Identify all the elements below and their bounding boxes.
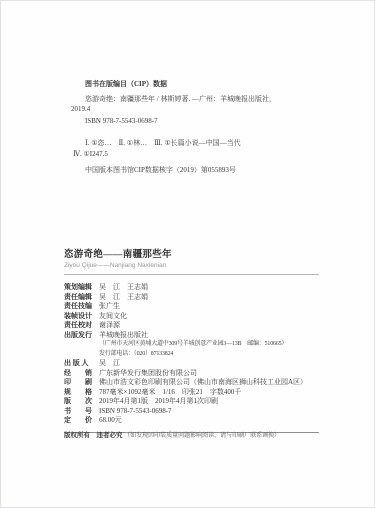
colophon-table: 策划编辑 吴 江 王志娟 责任编辑 吴 江 王志娟 责任技编 张广生 装帧设计 … [64,283,322,426]
colophon-row: 出版发行 羊城晚报出版社 [64,331,322,341]
copyright-notice-line: 版权所有 违者必究 （如发现因印装质量问题影响阅读，请与印刷厂联系调换） [64,430,364,439]
cip-record-number: 中国版本图书馆CIP数据核字（2019）第055893号 [85,165,321,176]
colophon-row: 出 版 人 吴 江 [64,359,322,369]
colophon-row-phone: 发行部电话：（020）87133824 [64,350,322,360]
row-label: 规 格 [64,388,99,398]
cip-classification: Ⅰ. ①恣… Ⅱ. ①林… Ⅲ. ①长篇小说—中国—当代 Ⅳ. ①I247.5 [71,138,321,159]
row-value: 68.00元 [99,416,322,426]
row-label: 版 次 [64,397,99,407]
book-title: 恣游奇绝——南疆那些年 [64,246,319,260]
row-value: 787毫米×1092毫米 1/16 印张21 字数400千 [99,388,322,398]
cip-description-line2: 2019.4 [71,104,321,115]
row-value: ISBN 978-7-5543-0698-7 [99,407,322,417]
row-label: 定 价 [64,416,99,426]
colophon-row: 责任技编 张广生 [64,302,322,312]
row-label: 书 号 [64,407,99,417]
colophon-row: 装帧设计 友间文化 [64,312,322,322]
title-block: 恣游奇绝——南疆那些年 Ziyou Qijue——Nanjiang Naxien… [64,246,319,275]
row-value: 吴 江 王志娟 [99,293,322,303]
row-label: 责任编辑 [64,293,99,303]
cip-isbn: ISBN 978-7-5543-0698-7 [85,116,321,127]
row-value: 友间文化 [99,312,322,322]
copyright-page: 图书在版编目（CIP）数据 恣游奇绝：南疆那些年 / 林斯婷著. —广州：羊城晚… [0,0,375,508]
row-value: 吴 江 [99,359,322,369]
colophon-row: 责任编辑 吴 江 王志娟 [64,293,322,303]
row-label [64,350,99,360]
colophon-row: 责任校对 谢泽源 [64,321,322,331]
row-value: 谢泽源 [99,321,322,331]
distribution-phone: 发行部电话：（020）87133824 [99,350,322,360]
row-label [64,340,99,350]
cip-block: 图书在版编目（CIP）数据 恣游奇绝：南疆那些年 / 林斯婷著. —广州：羊城晚… [71,79,321,176]
colophon-row-address: （广州市天河区黄埔大道中309号羊城创意产业园3—13B 邮编：510665） [64,340,322,350]
row-value: 张广生 [99,302,322,312]
colophon-row: 版 次 2019年4月第1版 2019年4月第1次印刷 [64,397,322,407]
row-value: 吴 江 王志娟 [99,283,322,293]
row-label: 责任技编 [64,302,99,312]
row-value: 佛山市浩文彩色印刷有限公司（佛山市南海区狮山科技工业园A区） [99,378,322,388]
row-label: 装帧设计 [64,312,99,322]
colophon-row: 策划编辑 吴 江 王志娟 [64,283,322,293]
row-label: 经 销 [64,369,99,379]
book-title-pinyin: Ziyou Qijue——Nanjiang Naxienian [64,262,319,269]
colophon-row: 规 格 787毫米×1092毫米 1/16 印张21 字数400千 [64,388,322,398]
colophon-row: 印 刷 佛山市浩文彩色印刷有限公司（佛山市南海区狮山科技工业园A区） [64,378,322,388]
row-label: 印 刷 [64,378,99,388]
row-label: 出版发行 [64,331,99,341]
colophon-row: 书 号 ISBN 978-7-5543-0698-7 [64,407,322,417]
publisher-address: （广州市天河区黄埔大道中309号羊城创意产业园3—13B 邮编：510665） [99,340,322,350]
cip-description-line1: 恣游奇绝：南疆那些年 / 林斯婷著. —广州：羊城晚报出版社， [85,94,321,105]
row-label: 策划编辑 [64,283,99,293]
cip-heading: 图书在版编目（CIP）数据 [85,79,321,90]
cip-classification-line1: Ⅰ. ①恣… Ⅱ. ①林… Ⅲ. ①长篇小说—中国—当代 [85,138,321,149]
colophon-row: 定 价 68.00元 [64,416,322,426]
row-value: 广东新华发行集团股份有限公司 [99,369,322,379]
reprint-note: （如发现因印装质量问题影响阅读，请与印刷厂联系调换） [124,433,280,439]
copyright-notice: 版权所有 违者必究 [64,432,123,439]
colophon-row: 经 销 广东新华发行集团股份有限公司 [64,369,322,379]
title-divider [64,274,319,275]
cip-classification-line2: Ⅳ. ①I247.5 [73,149,321,160]
row-value: 2019年4月第1版 2019年4月第1次印刷 [99,397,322,407]
row-label: 责任校对 [64,321,99,331]
row-value: 羊城晚报出版社 [99,331,322,341]
row-label: 出 版 人 [64,359,99,369]
